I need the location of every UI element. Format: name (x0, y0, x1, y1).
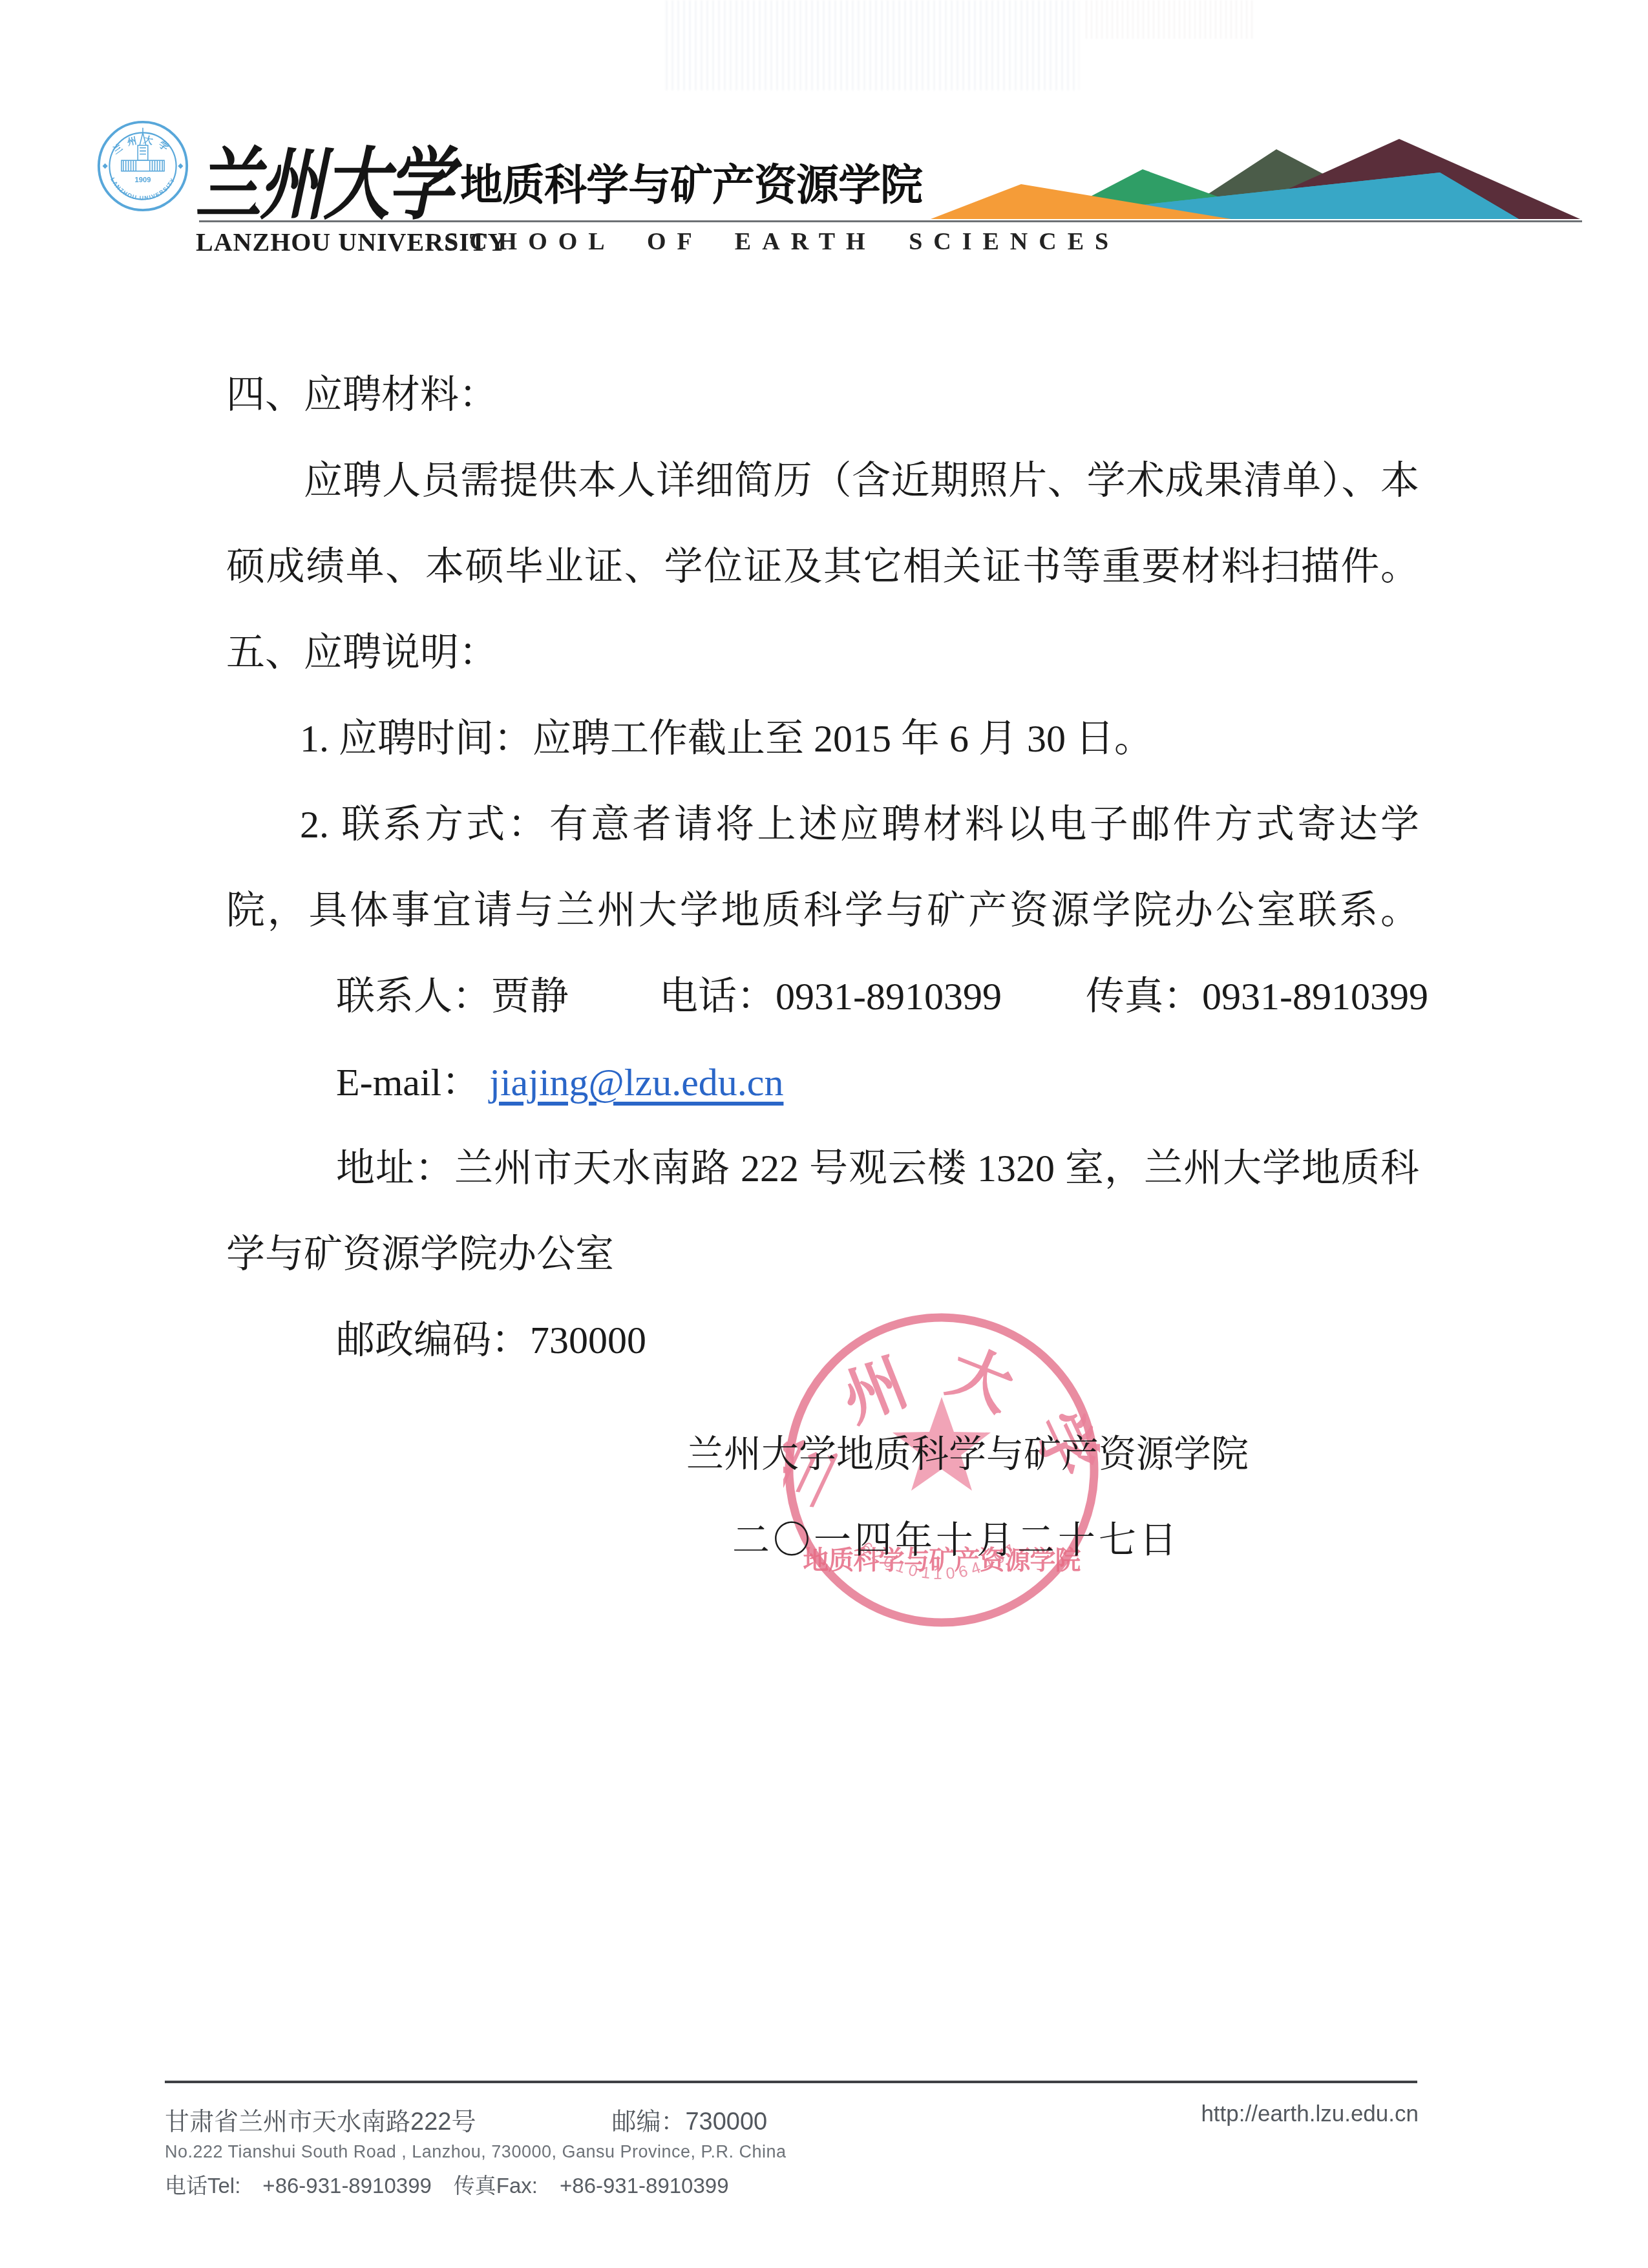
footer-phone-line: 电话Tel:+86-931-8910399传真Fax:+86-931-89103… (165, 2169, 729, 2200)
postcode-line: 邮政编码：730000 (336, 1319, 646, 1361)
section-4-heading: 四、应聘材料： (226, 373, 498, 416)
scanned-document-page: 1909 兰州大学 LANZHOU UNIVERSITY 兰州大学 地质科学与矿… (0, 0, 1648, 2268)
contact-phone: 电话：0931-8910399 (659, 975, 1002, 1018)
school-name-en: SCHOOL OF EARTH SCIENCES (445, 227, 1119, 256)
item-2-contact-method: 2. 联系方式：有意者请将上述应聘材料以电子邮件方式寄达学 (300, 803, 1419, 846)
university-name-calligraphy: 兰州大学 (195, 121, 423, 218)
footer-address-en: No.222 Tianshui South Road , Lanzhou, 73… (165, 2142, 787, 2162)
footer-fax-label: 传真Fax: (454, 2174, 538, 2198)
address-line-2: 学与矿资源学院办公室 (226, 1233, 614, 1276)
section-5-heading: 五、应聘说明： (226, 631, 498, 674)
college-name-cn: 地质科学与矿产资源学院 (460, 151, 922, 212)
footer-fax-number: +86-931-8910399 (560, 2174, 729, 2198)
address-line-1: 地址：兰州市天水南路 222 号观云楼 1320 室，兰州大学地质科 (336, 1147, 1419, 1190)
university-seal-logo: 1909 兰州大学 LANZHOU UNIVERSITY (96, 119, 190, 213)
footer-postcode-value: 730000 (685, 2108, 767, 2136)
item-1-deadline: 1. 应聘时间：应聘工作截止至 2015 年 6 月 30 日。 (300, 717, 1153, 760)
logo-diamond-left (102, 163, 107, 169)
body-line: 应聘人员需提供本人详细简历（含近期照片、学术成果清单）、本 (304, 459, 1419, 502)
building-icon (121, 128, 164, 171)
footer-postcode-label: 邮编： (611, 2108, 685, 2136)
footer-tel-number: +86-931-8910399 (262, 2174, 432, 2198)
logo-year: 1909 (135, 176, 151, 184)
logo-diamond-right (178, 163, 183, 169)
scan-artifact (666, 0, 1079, 90)
footer-tel-label: 电话Tel: (165, 2174, 240, 2198)
body-line: 硕成绩单、本硕毕业证、学位证及其它相关证书等重要材料扫描件。 (226, 545, 1419, 588)
body-line: 院，具体事宜请与兰州大学地质科学与矿产资源学院办公室联系。 (226, 889, 1419, 932)
signature-date: 二〇一四年十月二十七日 (732, 1509, 1180, 1564)
footer-website-url: http://earth.lzu.edu.cn (1176, 2101, 1419, 2127)
contact-fax: 传真：0931-8910399 (1086, 975, 1428, 1018)
scan-artifact (1086, 0, 1254, 39)
email-link[interactable]: jiajing@lzu.edu.cn (489, 1061, 783, 1104)
footer-address-cn: 甘肃省兰州市天水南路222号邮编：730000 (165, 2101, 767, 2137)
footer-address-cn-text: 甘肃省兰州市天水南路222号 (165, 2108, 476, 2136)
signature-college-name: 兰州大学地质科学与矿产资源学院 (686, 1423, 1249, 1478)
email-label: E-mail： (336, 1061, 480, 1104)
mountain-graphic (918, 134, 1590, 222)
footer-divider (165, 2081, 1417, 2083)
contact-person: 联系人：贾静 (336, 975, 569, 1018)
contact-line: 联系人：贾静电话：0931-8910399传真：0931-8910399 (336, 975, 1428, 1018)
email-line: E-mail：jiajing@lzu.edu.cn (336, 1061, 783, 1104)
